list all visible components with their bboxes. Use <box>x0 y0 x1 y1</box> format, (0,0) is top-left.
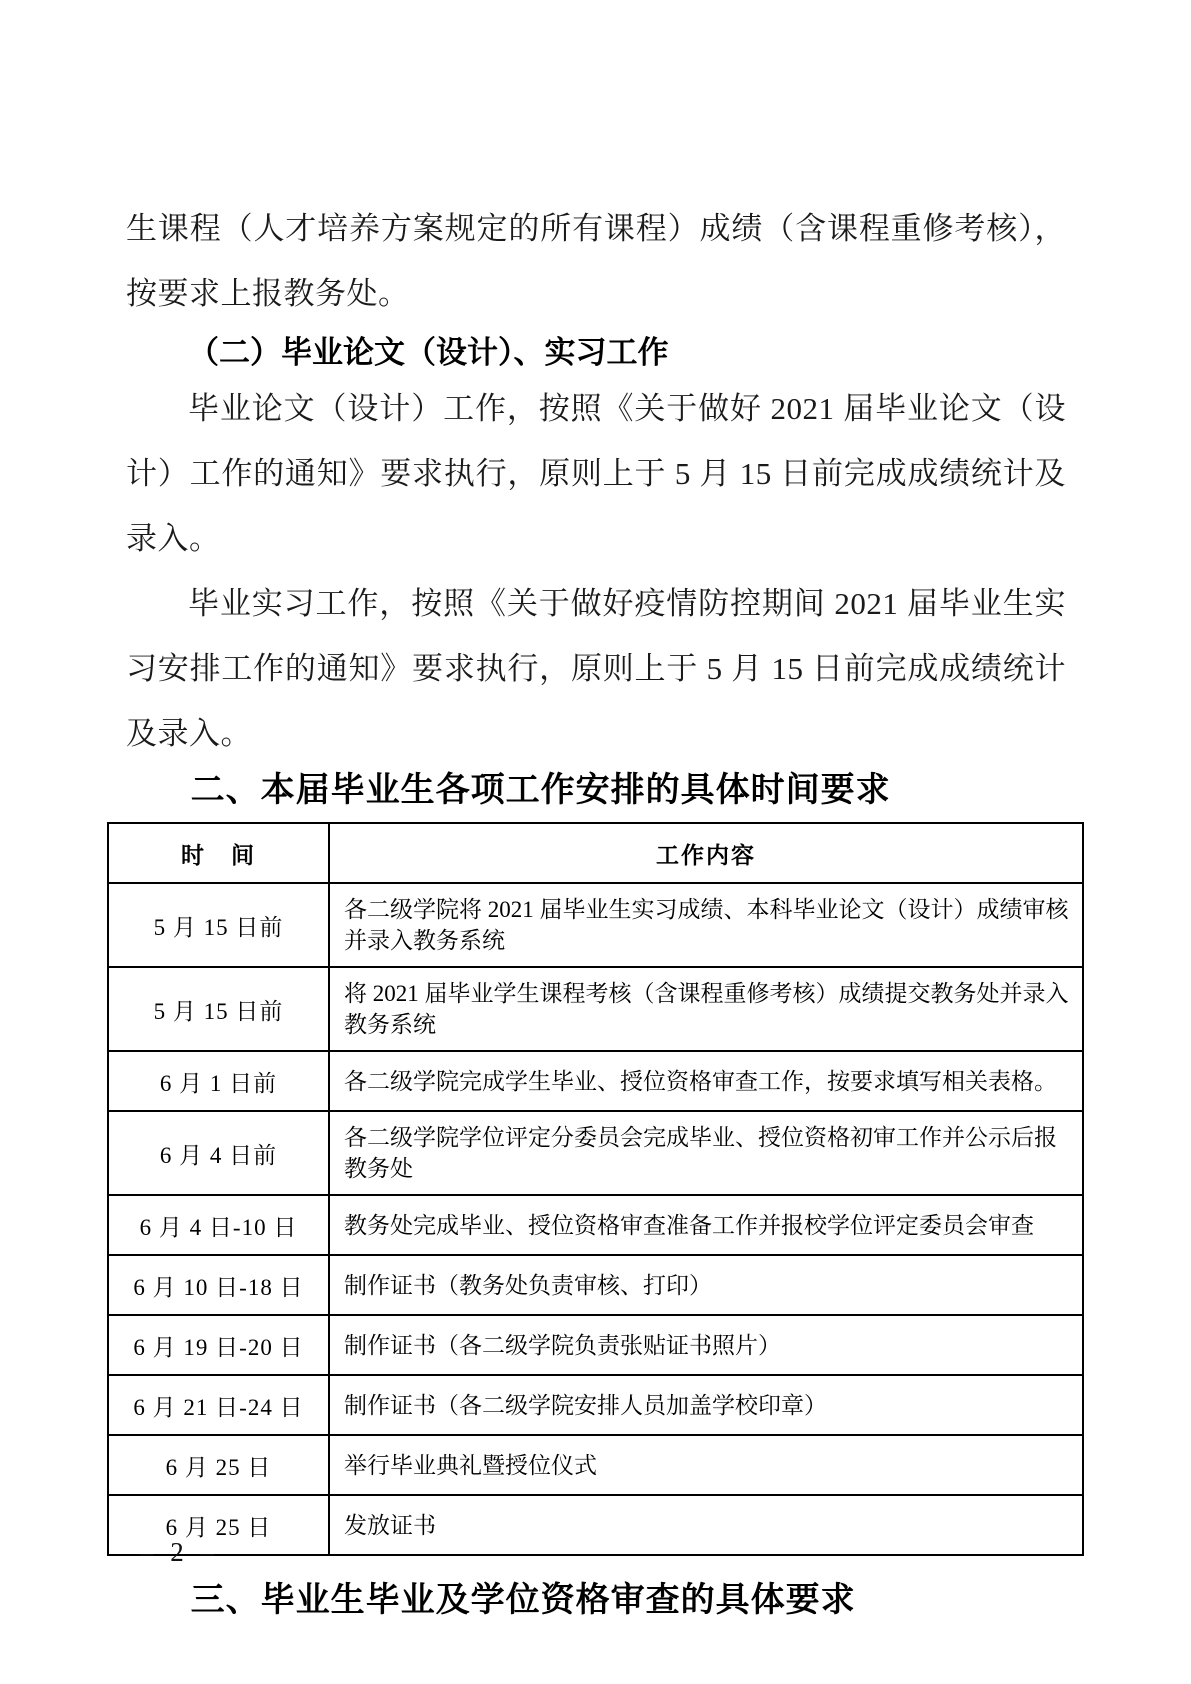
schedule-header-time: 时 间 <box>108 823 329 883</box>
table-row: 6 月 19 日-20 日 制作证书（各二级学院负责张贴证书照片） <box>108 1315 1083 1375</box>
schedule-task-cell: 发放证书 <box>329 1495 1083 1555</box>
table-row: 5 月 15 日前 各二级学院将 2021 届毕业生实习成绩、本科毕业论文（设计… <box>108 883 1083 967</box>
heading-section-2-2: （二）毕业论文（设计）、实习工作 <box>126 330 1066 376</box>
schedule-time-cell: 6 月 1 日前 <box>108 1051 329 1111</box>
table-row: 6 月 25 日 举行毕业典礼暨授位仪式 <box>108 1435 1083 1495</box>
table-row: 6 月 25 日 发放证书 <box>108 1495 1083 1555</box>
schedule-task-cell: 各二级学院将 2021 届毕业生实习成绩、本科毕业论文（设计）成绩审核并录入教务… <box>329 883 1083 967</box>
paragraph-continuation: 生课程（人才培养方案规定的所有课程）成绩（含课程重修考核），按要求上报教务处。 <box>126 196 1066 326</box>
schedule-task-cell: 制作证书（各二级学院安排人员加盖学校印章） <box>329 1375 1083 1435</box>
schedule-table-wrapper: 时 间 工作内容 5 月 15 日前 各二级学院将 2021 届毕业生实习成绩、… <box>107 822 1082 1556</box>
schedule-time-cell: 6 月 19 日-20 日 <box>108 1315 329 1375</box>
schedule-time-cell: 6 月 21 日-24 日 <box>108 1375 329 1435</box>
schedule-time-cell: 5 月 15 日前 <box>108 967 329 1051</box>
schedule-task-cell: 制作证书（教务处负责审核、打印） <box>329 1255 1083 1315</box>
paragraph-internship-work: 毕业实习工作，按照《关于做好疫情防控期间 2021 届毕业生实习安排工作的通知》… <box>126 571 1066 766</box>
table-row: 6 月 10 日-18 日 制作证书（教务处负责审核、打印） <box>108 1255 1083 1315</box>
schedule-time-cell: 6 月 4 日-10 日 <box>108 1195 329 1255</box>
table-row: 6 月 4 日-10 日 教务处完成毕业、授位资格审查准备工作并报校学位评定委员… <box>108 1195 1083 1255</box>
schedule-time-cell: 5 月 15 日前 <box>108 883 329 967</box>
table-row: 6 月 1 日前 各二级学院完成学生毕业、授位资格审查工作，按要求填写相关表格。 <box>108 1051 1083 1111</box>
schedule-task-cell: 制作证书（各二级学院负责张贴证书照片） <box>329 1315 1083 1375</box>
table-row: 6 月 4 日前 各二级学院学位评定分委员会完成毕业、授位资格初审工作并公示后报… <box>108 1111 1083 1195</box>
heading-section-2: 二、本届毕业生各项工作安排的具体时间要求 <box>126 766 1066 814</box>
document-page: 生课程（人才培养方案规定的所有课程）成绩（含课程重修考核），按要求上报教务处。 … <box>0 0 1191 1684</box>
schedule-header-task: 工作内容 <box>329 823 1083 883</box>
schedule-time-cell: 6 月 10 日-18 日 <box>108 1255 329 1315</box>
schedule-task-cell: 举行毕业典礼暨授位仪式 <box>329 1435 1083 1495</box>
schedule-header-row: 时 间 工作内容 <box>108 823 1083 883</box>
schedule-task-cell: 各二级学院学位评定分委员会完成毕业、授位资格初审工作并公示后报教务处 <box>329 1111 1083 1195</box>
schedule-task-cell: 教务处完成毕业、授位资格审查准备工作并报校学位评定委员会审查 <box>329 1195 1083 1255</box>
document-content: 生课程（人才培养方案规定的所有课程）成绩（含课程重修考核），按要求上报教务处。 … <box>0 196 1191 1624</box>
paragraph-thesis-work: 毕业论文（设计）工作，按照《关于做好 2021 届毕业论文（设计）工作的通知》要… <box>126 376 1066 571</box>
table-row: 5 月 15 日前 将 2021 届毕业学生课程考核（含课程重修考核）成绩提交教… <box>108 967 1083 1051</box>
schedule-time-cell: 6 月 25 日 <box>108 1435 329 1495</box>
schedule-task-cell: 将 2021 届毕业学生课程考核（含课程重修考核）成绩提交教务处并录入教务系统 <box>329 967 1083 1051</box>
page-number: – 2 – <box>140 1537 219 1568</box>
schedule-task-cell: 各二级学院完成学生毕业、授位资格审查工作，按要求填写相关表格。 <box>329 1051 1083 1111</box>
table-row: 6 月 21 日-24 日 制作证书（各二级学院安排人员加盖学校印章） <box>108 1375 1083 1435</box>
schedule-time-cell: 6 月 4 日前 <box>108 1111 329 1195</box>
heading-section-3: 三、毕业生毕业及学位资格审查的具体要求 <box>126 1576 1066 1624</box>
schedule-table: 时 间 工作内容 5 月 15 日前 各二级学院将 2021 届毕业生实习成绩、… <box>107 822 1084 1556</box>
